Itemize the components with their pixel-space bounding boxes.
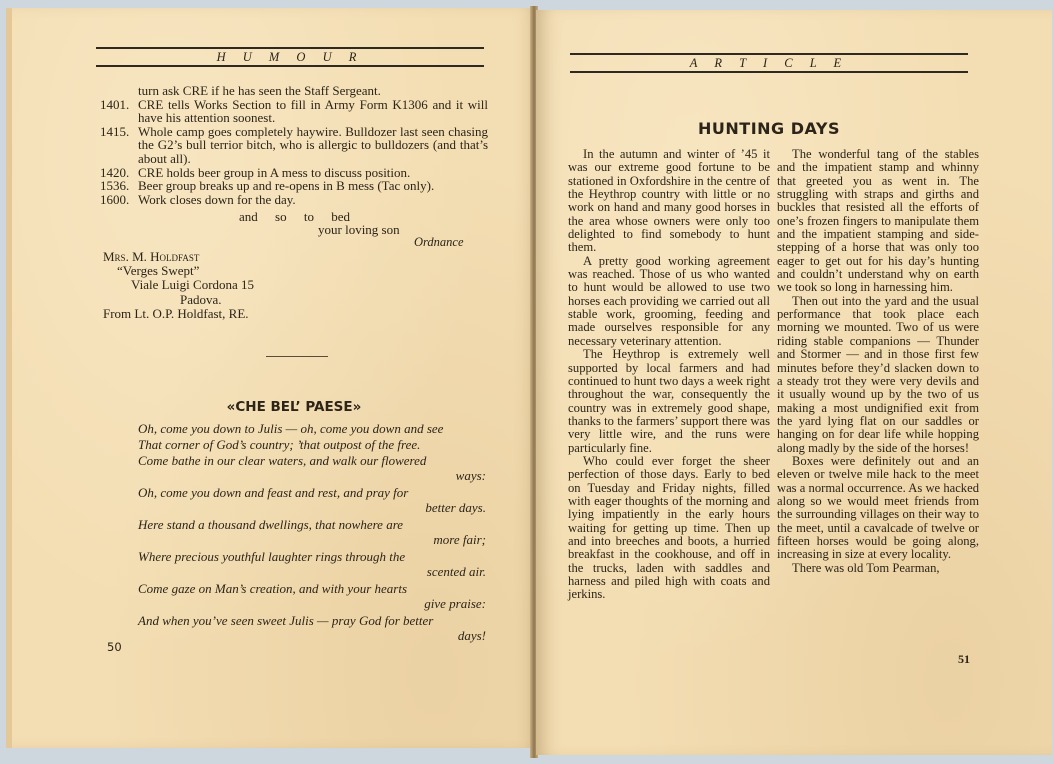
poem-line: Oh, come you down to Julis — oh, come yo… [138,421,486,437]
poem-line-wrap: give praise: [138,597,486,611]
poem-title: «CHE BEL’ PAESE» [100,399,488,415]
poem-line-wrap: better days. [138,501,486,515]
poem-body: Oh, come you down to Julis — oh, come yo… [138,421,486,645]
log-text: CRE holds beer group in A mess to discus… [138,166,488,180]
poem-line-wrap: more fair; [138,533,486,547]
log-continuation: turn ask CRE if he has seen the Staff Se… [100,84,488,98]
poem-line: Oh, come you down and feast and rest, an… [138,485,486,501]
log-time: 1401. [100,98,138,125]
signoff-closing: your loving son [318,222,400,238]
log-time: 1536. [100,179,138,193]
address-house: “Verges Swept” [103,264,254,278]
poem-line-wrap: days! [138,629,486,643]
poem-line: Come gaze on Man’s creation, and with yo… [138,581,486,597]
article-column-2: The wonderful tang of the stables and th… [777,148,979,575]
address-city: Padova. [103,293,254,307]
log-entry: 1420. CRE holds beer group in A mess to … [100,166,488,180]
poem-line: And when you’ve seen sweet Julis — pray … [138,613,486,629]
article-paragraph: The Heythrop is extremely well supported… [568,348,770,455]
log-entry: 1600. Work closes down for the day. [100,193,488,207]
log-text: CRE tells Works Section to fill in Army … [138,98,488,125]
poem-line: That corner of God’s country; ’that outp… [138,437,486,453]
poem-line: Where precious youthful laughter rings t… [138,549,486,565]
article-paragraph: Boxes were definitely out and an eleven … [777,455,979,562]
article-paragraph: There was old Tom Pearman, [777,562,979,575]
article-paragraph: A pretty good working agreement was reac… [568,255,770,348]
address-sender: From Lt. O.P. Holdfast, RE. [103,307,254,321]
poem-line-wrap: scented air. [138,565,486,579]
daily-log: turn ask CRE if he has seen the Staff Se… [100,84,488,206]
log-text: Work closes down for the day. [138,193,488,207]
article-title: HUNTING DAYS [570,119,968,138]
address-block: Mrs. M. Holdfast “Verges Swept” Viale Lu… [103,250,254,321]
log-entry: 1415. Whole camp goes completely haywire… [100,125,488,166]
section-divider [266,356,328,357]
log-time: 1420. [100,166,138,180]
section-header-article: A R T I C L E [570,53,968,73]
article-paragraph: Who could ever forget the sheer perfecti… [568,455,770,602]
log-text: Whole camp goes completely haywire. Bull… [138,125,488,166]
log-time: 1415. [100,125,138,166]
address-recipient: Mrs. M. Holdfast [103,250,254,264]
poem-line: Here stand a thousand dwellings, that no… [138,517,486,533]
article-column-1: In the autumn and winter of ’45 it was o… [568,148,770,602]
log-entry: 1536. Beer group breaks up and re-opens … [100,179,488,193]
article-paragraph: Then out into the yard and the usual per… [777,295,979,455]
article-paragraph: The wonderful tang of the stables and th… [777,148,979,295]
log-entry: 1401. CRE tells Works Section to fill in… [100,98,488,125]
log-time: 1600. [100,193,138,207]
log-text: Beer group breaks up and re-opens in B m… [138,179,488,193]
signoff-signature: Ordnance [414,235,464,250]
address-street: Viale Luigi Cordona 15 [103,278,254,292]
page-number-right: 51 [958,652,970,667]
poem-line: Come bathe in our clear waters, and walk… [138,453,486,469]
poem-line-wrap: ways: [138,469,486,483]
article-paragraph: In the autumn and winter of ’45 it was o… [568,148,770,255]
page-number-left: 50 [107,640,122,654]
section-header-humour: H U M O U R [96,47,484,67]
